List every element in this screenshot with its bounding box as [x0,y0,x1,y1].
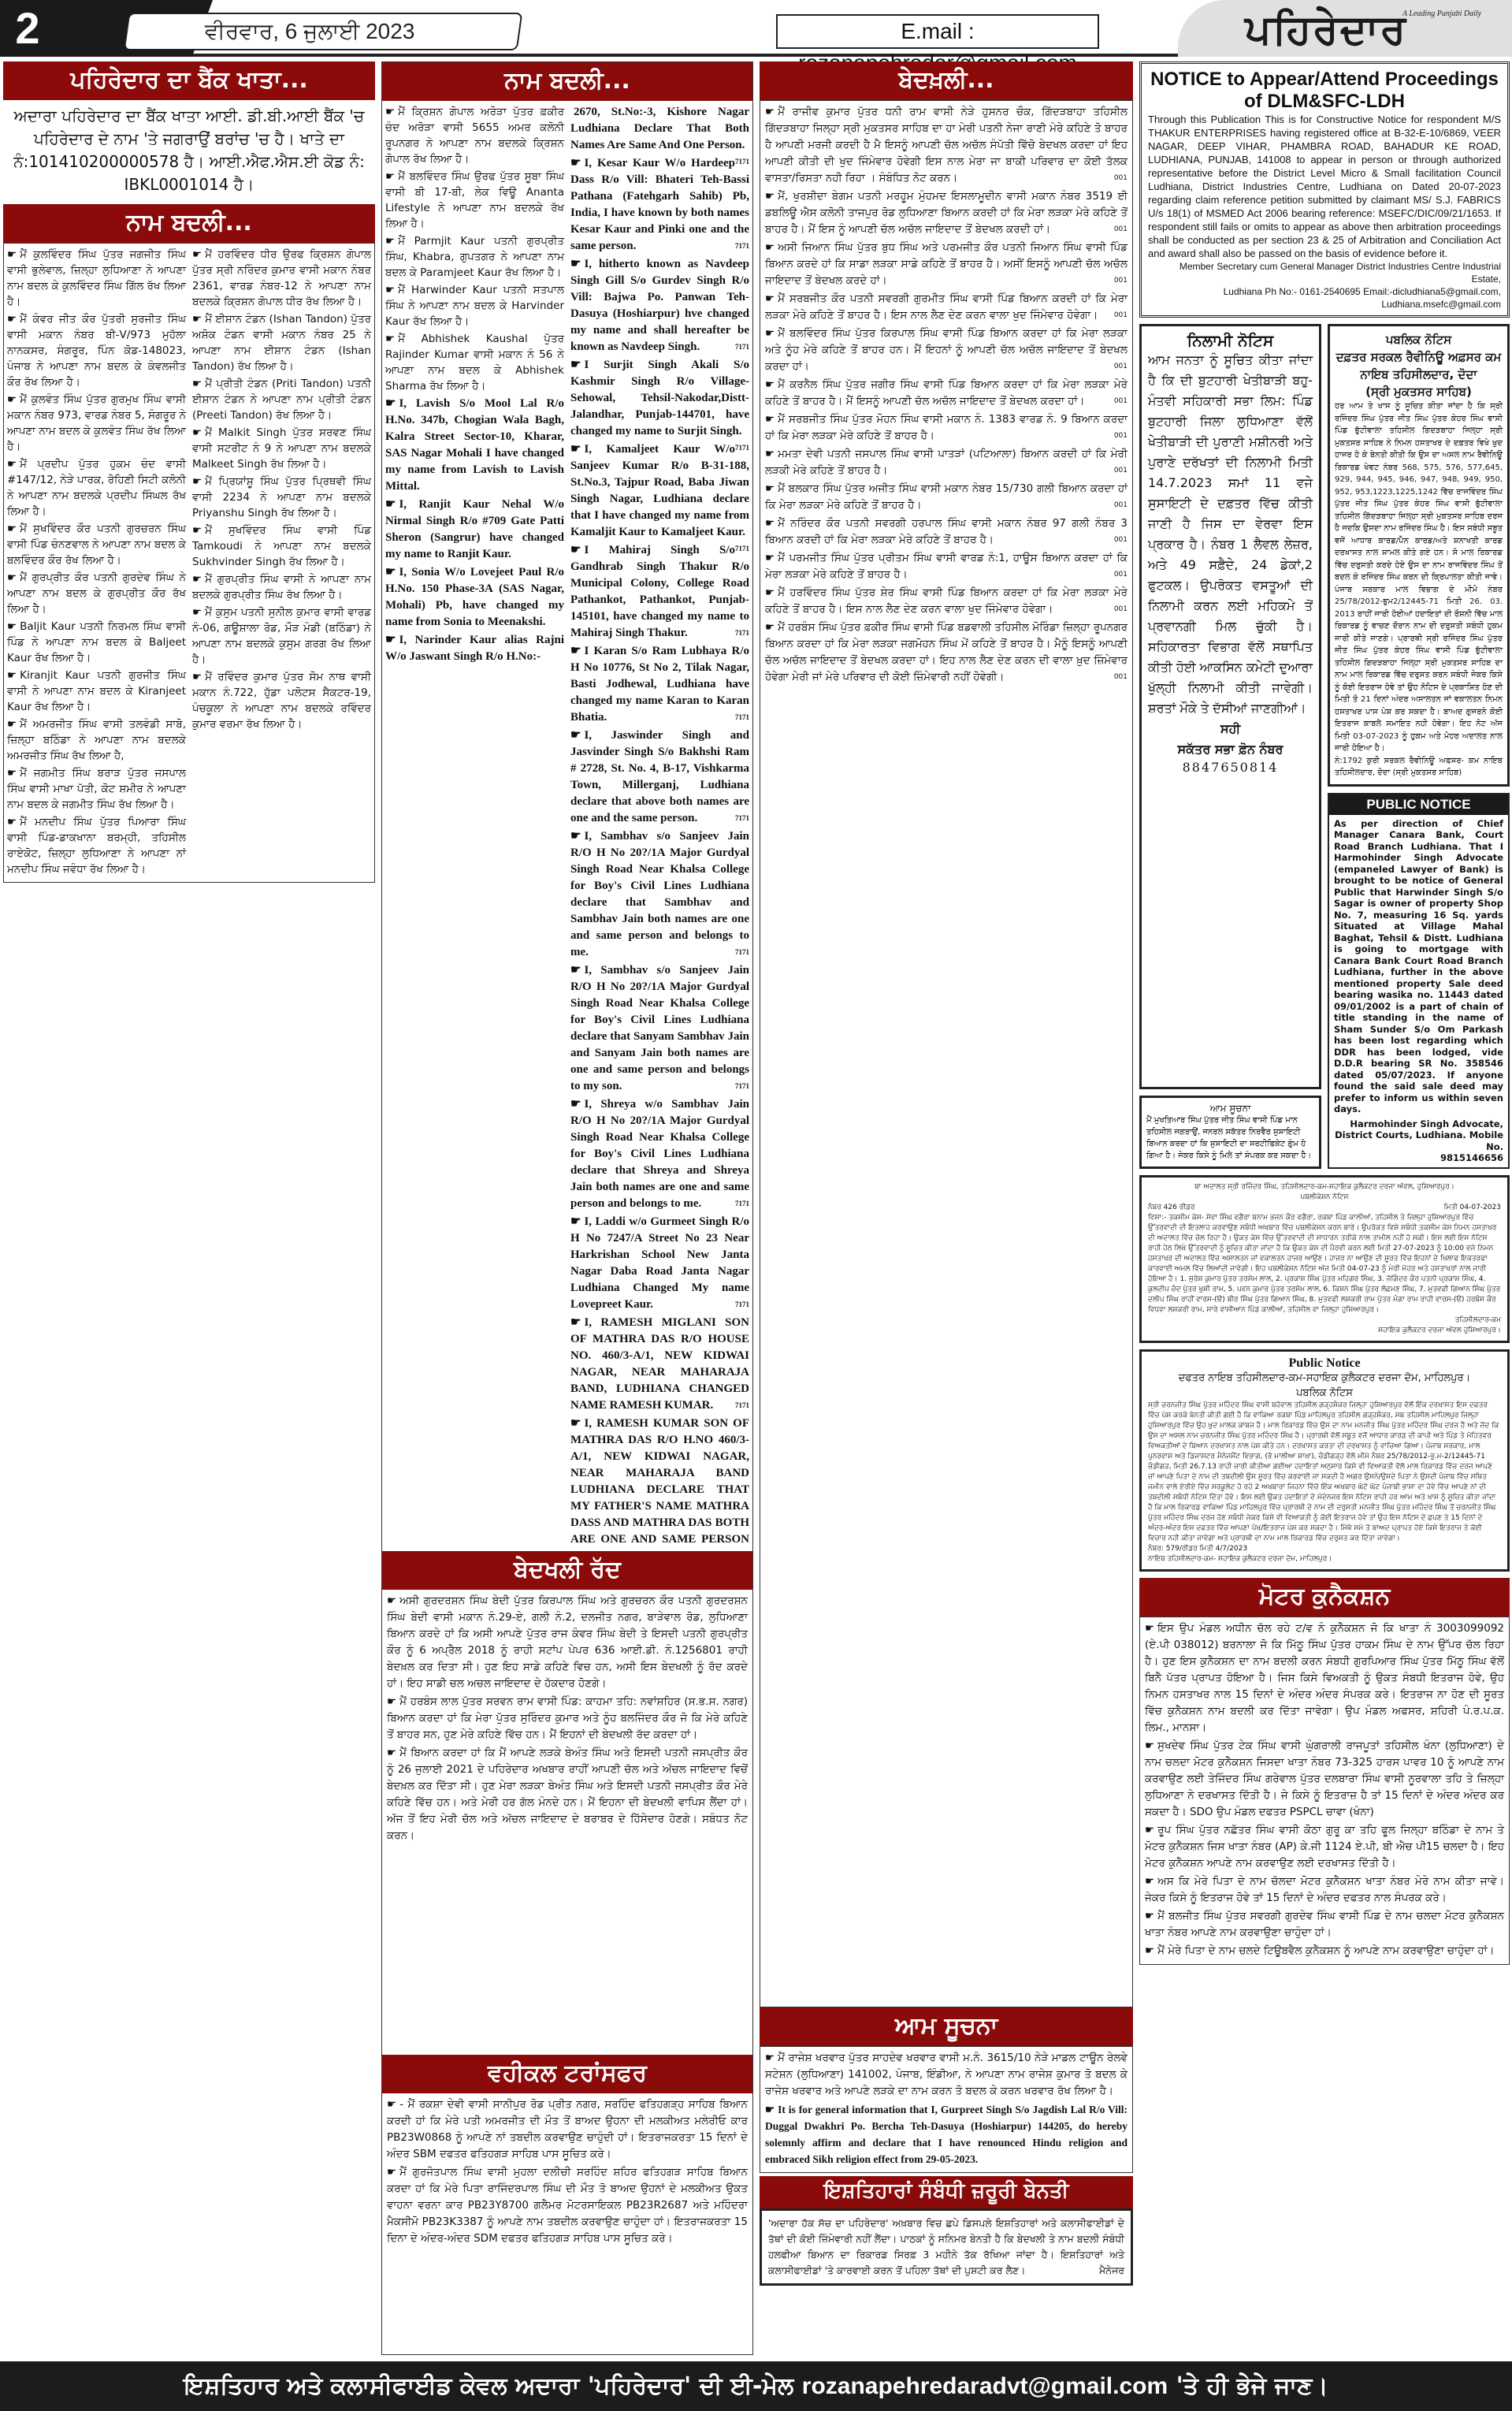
list-item: ☛ਮੈਂ ਮੇਰੇ ਪਿਤਾ ਦੇ ਨਾਮ ਚਲਦੇ ਟਿਊਬਵੈਲ ਕੁਨੈਕ… [1145,1943,1504,1959]
disinherit-cancel-heading: ਬੇਦਖਲੀ ਰੱਦ [382,1551,752,1590]
list-item-text: I, Shreya w/o Sambhav Jain R/O H No 20?/… [570,1098,749,1210]
auction-notice: ਨਿਲਾਮੀ ਨੋਟਿਸ ਆਮ ਜਨਤਾ ਨੂੰ ਸੂਚਿਤ ਕੀਤਾ ਜਾਂਦ… [1139,324,1321,1089]
list-item-text: ਮੈਂ ਬਲਵਿੰਦਰ ਸਿੰਘ ਪੁੱਤਰ ਕਿਰਪਾਲ ਸਿੰਘ ਵਾਸੀ … [765,327,1127,373]
list-item: ☛I, Sonia W/o Lovejeet Paul R/o H.No. 15… [385,564,564,631]
ad-code: 001 [1114,393,1127,410]
aam-suchna-title: ਆਮ ਸੂਚਨਾ [1146,1103,1314,1114]
ad-code: 001 [1114,497,1127,514]
list-item: ☛ਰੂਪ ਸਿੰਘ ਪੁੱਤਰ ਨਛੱਤਰ ਸਿੰਘ ਵਾਸੀ ਕੋਠਾ ਗੁਰ… [1145,1822,1504,1872]
auction-sign: ਸਹੀ [1148,719,1313,739]
pointing-hand-icon: ☛ [385,235,395,247]
list-item: ☛ਮੈਂ ਰਾਜੀਵ ਕੁਮਾਰ ਪੁੱਤਰ ਧਨੀ ਰਾਮ ਵਾਸੀ ਨੇੜੇ… [765,104,1127,187]
pointing-hand-icon: ☛ [192,248,202,261]
list-item-text: I, Sonia W/o Lovejeet Paul R/o H.No. 150… [385,566,564,628]
mahilpur-notice-office: ਦਫਤਰ ਨਾਇਬ ਤਹਿਸੀਲਦਾਰ-ਕਮ-ਸਹਾਇਕ ਕੁਲੈਕਟਰ ਦਰਜ… [1148,1371,1501,1386]
pointing-hand-icon: ☛ [1145,1739,1154,1752]
list-item: ☛ਮੈਂ ਨਰਿੰਦਰ ਕੌਰ ਪਤਨੀ ਸਵਰਗੀ ਹਰਪਾਲ ਸਿੰਘ ਵਾ… [765,515,1127,549]
list-item-text: ਮੈਂ ਗੁਰਜੋਤਪਾਲ ਸਿੰਘ ਵਾਸੀ ਮੁਹਲਾ ਦਲੀਚੀ ਸਰਹਿ… [387,2166,748,2245]
list-item: ☛ਮੈਂ ਪ੍ਰਿਯਾਂਸ਼ੂ ਸਿੰਘ ਪੁੱਤਰ ਪ੍ਰਿਥਵੀ ਸਿੰਘ … [192,474,371,521]
list-item-text: ਮੈਂ ਈਸ਼ਾਨ ਟੰਡਨ (Ishan Tandon) ਪੁੱਤਰ ਅਸ਼ੋ… [192,313,371,373]
disinherit-cancel-list: ☛ਅਸੀ ਗੁਰਦਰਸ਼ਨ ਸਿੰਘ ਬੇਦੀ ਪੁੱਤਰ ਕਿਰਪਾਲ ਸਿੰ… [382,1590,752,2055]
name-change-heading: ਨਾਮ ਬਦਲੀ... [3,204,375,243]
list-item-text: ਮੈਂ ਅਮਰਜੀਤ ਸਿੰਘ ਵਾਸੀ ਤਲਵੰਡੀ ਸਾਬੋ, ਜ਼ਿਲ੍ਹ… [7,718,186,762]
pointing-hand-icon: ☛ [765,241,775,254]
pointing-hand-icon: ☛ [385,333,395,345]
list-item: ☛ਮੈਂ ਰਵਿੰਦਰ ਕੁਮਾਰ ਪੁੱਤਰ ਸੋਮ ਨਾਥ ਵਾਸੀ ਮਕਾ… [192,669,371,732]
pointing-hand-icon: ☛ [387,1594,396,1607]
list-item: ☛ਮੈਂ ਈਸ਼ਾਨ ਟੰਡਨ (Ishan Tandon) ਪੁੱਤਰ ਅਸ਼… [192,311,371,374]
list-item-text: I, Kesar Kaur W/o Hardeep Dass R/o Vill:… [570,157,749,252]
list-item-text: ਮੈਂ ਗੁਰਪ੍ਰੀਤ ਕੌਰ ਪਤਨੀ ਗੁਰਦੇਵ ਸਿੰਘ ਨੇ ਆਪਣ… [7,571,186,616]
canara-sign-1: Harmohinder Singh Advocate, [1350,1118,1503,1129]
list-item-text: ਮੈਂ, ਖੁਰਸ਼ੀਦਾ ਬੇਗਮ ਪਤਨੀ ਮਰਹੂਮ ਮੁੰਹਮਦ ਇਸਲ… [765,190,1127,236]
list-item-text: ਮੈਂ ਹਰਬੰਸ ਸਿੰਘ ਪੁੱਤਰ ਫ਼ਕੀਰ ਸਿੰਘ ਵਾਸੀ ਪਿੰ… [765,621,1127,683]
list-item-text: ਮੈਂ Malkit Singh ਪੁੱਤਰ ਸਰਵਣ ਸਿੰਘ ਵਾਸੀ ਸਟ… [192,426,371,471]
list-item-text: ਮੈਂ ਰਾਜੀਵ ਕੁਮਾਰ ਪੁੱਤਰ ਧਨੀ ਰਾਮ ਵਾਸੀ ਨੇੜੇ … [765,106,1127,184]
list-item: ☛ਮੈਂ ਕੰਵਰ ਜੀਤ ਕੌਰ ਪੁੱਤਰੀ ਸੁਰਜੀਤ ਸਿੰਘ ਵਾਸ… [7,311,186,390]
list-item-text: ਮੈਂ ਮੇਰੇ ਪਿਤਾ ਦੇ ਨਾਮ ਚਲਦੇ ਟਿਊਬਵੈਲ ਕੁਨੈਕਸ… [1157,1944,1495,1957]
list-item-text: ਮੈਂ ਸਰਬਜੀਤ ਕੌਰ ਪਤਨੀ ਸਵਰਗੀ ਗੁਰਮੀਤ ਸਿੰਘ ਵਾ… [765,292,1127,322]
list-item: ☛I Mahiraj Singh S/o Gandhrab Singh Thak… [570,542,749,642]
dlm-notice-title: NOTICE to Appear/Attend Proceedings of D… [1148,69,1501,113]
dlm-notice-sign-2: Ludhiana Ph No:- 0161-2540695 Email:-dic… [1148,285,1501,298]
list-item: ☛I, Lavish S/o Mool Lal R/o H.No. 347b, … [385,396,564,495]
list-item: ☛ਮੈਂ ਹਰਬੰਸ ਲਾਲ ਪੁੱਤਰ ਸਰਵਨ ਰਾਮ ਵਾਸੀ ਪਿੰਡ:… [387,1694,748,1743]
ad-code: 001 [1114,428,1127,445]
list-item-text: ਮੈਂ ਕੁਲਵੰਤ ਸਿੰਘ ਪੁੱਤਰ ਗੁਰਮੁਖ ਸਿੰਘ ਵਾਸੀ ਮ… [7,393,186,453]
footer-text-before: ਇਸ਼ਤਿਹਾਰ ਅਤੇ ਕਲਾਸੀਫਾਈਡ ਕੇਵਲ ਅਦਾਰਾ 'ਪਹਿਰੇ… [184,2372,793,2400]
list-item: ☛I Surjit Singh Akali S/o Kashmir Singh … [570,357,749,440]
mahilpur-notice-body: ਸ੍ਰੀ ਚਰਨਜੀਤ ਸਿੰਘ ਪੁੱਤਰ ਮਹਿੰਦਰ ਸਿੰਘ ਵਾਸੀ … [1148,1401,1501,1544]
pointing-hand-icon: ☛ [570,1098,581,1111]
list-item-text: ਮੈਂ ਮਨਦੀਪ ਸਿੰਘ ਪੁੱਤਰ ਪਿਆਰਾ ਸਿੰਘ ਵਾਸੀ ਪਿੰ… [7,816,186,876]
list-item-text: ਮੈਂ ਹਰਬੰਸ ਲਾਲ ਪੁੱਤਰ ਸਰਵਨ ਰਾਮ ਵਾਸੀ ਪਿੰਡ: … [387,1695,748,1741]
newspaper-logo: ਪਹਿਰੇਦਾਰ [1245,6,1407,54]
pointing-hand-icon: ☛ [570,964,581,977]
ad-appeal-sign: ਮੈਨੇਜਰ [1099,2263,1124,2279]
column-2: ਨਾਮ ਬਦਲੀ... ☛ਮੈਂ ਕ੍ਰਿਸ਼ਨ ਗੋਪਾਲ ਅਰੋੜਾ ਪੁੱ… [381,61,753,2355]
column-4: NOTICE to Appear/Attend Proceedings of D… [1139,61,1510,2355]
pointing-hand-icon: ☛ [765,517,775,530]
list-item-text: I Karan S/o Ram Lubhaya R/o H No 10776, … [570,645,749,724]
list-item-text: ਸੁਖਦੇਵ ਸਿੰਘ ਪੁੱਤਰ ਟੇਕ ਸਿੰਘ ਵਾਸੀ ਘੁੰਗਰਾਲੀ… [1145,1739,1504,1818]
list-item-text: I, hitherto known as Navdeep Singh Gill … [570,258,749,353]
pointing-hand-icon: ☛ [192,671,202,683]
motor-connection-heading: ਮੋਟਰ ਕੁਨੈਕਸ਼ਨ [1139,1578,1510,1617]
pointing-hand-icon: ☛ [7,767,17,779]
list-item: ☛I, Narinder Kaur alias Rajni W/o Jaswan… [385,632,564,665]
list-item: ☛ਮੈਂ ਬਿਆਨ ਕਰਦਾ ਹਾਂ ਕਿ ਮੈਂ ਆਪਣੇ ਲੜਕੇ ਬੇਅੰ… [387,1745,748,1844]
motor-connection-list: ☛ਇਸ ਉਪ ਮੰਡਲ ਅਧੀਨ ਚੱਲ ਰਹੇ ਟ/ਵ ਨੰ ਕੁਨੈਕਸ਼ਨ… [1139,1617,1510,1965]
pointing-hand-icon: ☛ [765,327,775,340]
list-item-text: ਮੈਂ ਕੁਸੁਮ ਪਤਨੀ ਸੁਨੀਲ ਕੁਮਾਰ ਵਾਸੀ ਵਾਰਡ ਨੰ-… [192,606,371,666]
list-item: ☛ਮੈਂ Abhishek Kaushal ਪੁੱਤਰ Rajinder Kum… [385,331,564,394]
list-item: ☛ਮੈਂ ਹਰਬੰਸ ਸਿੰਘ ਪੁੱਤਰ ਫ਼ਕੀਰ ਸਿੰਘ ਵਾਸੀ ਪਿ… [765,619,1127,686]
list-item-text: ਮੈਂ ਪਰਮਜੀਤ ਸਿੰਘ ਪੁੱਤਰ ਪ੍ਰੀਤਮ ਸਿੰਘ ਵਾਸੀ ਵ… [765,552,1127,581]
pointing-hand-icon: ☛ [570,443,581,456]
pointing-hand-icon: ☛ [385,170,395,183]
mahilpur-public-notice: Public Notice ਦਫਤਰ ਨਾਇਬ ਤਹਿਸੀਲਦਾਰ-ਕਮ-ਸਹਾ… [1139,1349,1510,1572]
list-item: ☛ਅਸੀ ਜਿਆਨ ਸਿੰਘ ਪੁੱਤਰ ਬੁਧ ਸਿੰਘ ਅਤੇ ਪਰਮਜੀਤ… [765,240,1127,289]
court-publication-notice: ਬਾ ਅਦਾਲਤ ਸ੍ਰੀ ਰਜਿੰਦਰ ਸਿੰਘ, ਤਹਿਸੀਲਦਾਰ-ਕਮ-… [1139,1175,1510,1343]
list-item: ☛ਮੈਂ ਰਾਜੇਸ਼ ਖਰਵਾਰ ਪੁੱਤਰ ਸਾਹਦੇਵ ਖਰਵਾਰ ਵਾਸ… [765,2050,1127,2100]
ad-code: 7171 [735,440,749,456]
ad-code: 001 [1114,532,1127,549]
canara-notice-sign: Harmohinder Singh Advocate, District Cou… [1329,1118,1508,1167]
column-1: ਪਹਿਰੇਦਾਰ ਦਾ ਬੈਂਕ ਖਾਤਾ... ਅਦਾਰਾ ਪਹਿਰੇਦਾਰ … [3,61,375,2355]
doda-notice-title: ਪਬਲਿਕ ਨੋਟਿਸ [1335,331,1503,348]
list-item-text: ਮੈਂ Abhishek Kaushal ਪੁੱਤਰ Rajinder Kuma… [385,333,564,393]
mahilpur-notice-number: ਨੰਬਰ: 579/ਰੀਡਰ ਮਿਤੀ 4/7/2023 [1148,1544,1501,1554]
list-item: ☛ਮੈਂ ਅਮਰਜੀਤ ਸਿੰਘ ਵਾਸੀ ਤਲਵੰਡੀ ਸਾਬੋ, ਜ਼ਿਲ੍… [7,716,186,764]
masthead-email[interactable]: E.mail : rozanapehredar@gmail.com [776,14,1099,49]
ad-code: 7171 [735,625,749,642]
doda-public-notice: ਪਬਲਿਕ ਨੋਟਿਸ ਦਫ਼ਤਰ ਸਰਕਲ ਰੈਵੀਨਿਊ ਅਫ਼ਸਰ ਕਮ … [1328,324,1510,787]
dlm-notice-body: Through this Publication This is for Con… [1148,113,1501,260]
list-item-text: ਮੈਂ ਪ੍ਰਦੀਪ ਪੁੱਤਰ ਹੁਕਮ ਚੰਦ ਵਾਸੀ #147/12, … [7,458,186,518]
mahilpur-notice-title-pa: ਪਬਲਿਕ ਨੋਟਿਸ [1148,1386,1501,1401]
ad-code: 001 [1114,307,1127,324]
ad-code: 001 [1114,273,1127,289]
court-notice-sign-1: ਤਹਿਸੀਲਦਾਰ-ਕਮ [1148,1315,1501,1326]
list-item: ☛ਮੈਂ ਗੁਰਪ੍ਰੀਤ ਸਿੰਘ ਵਾਸੀ ਨੇ ਆਪਣਾ ਨਾਮ ਬਦਲਕ… [192,571,371,603]
doda-notice-district: (ਸ੍ਰੀ ਮੁਕਤਸਰ ਸਾਹਿਬ) [1335,383,1503,400]
list-item: ☛I, hitherto known as Navdeep Singh Gill… [570,256,749,355]
pointing-hand-icon: ☛ [765,378,775,391]
mahilpur-notice-sign: ਨਾਇਬ ਤਹਿਸੀਲਦਾਰ-ਕਮ- ਸਹਾਇਕ ਕੁਲੈਕਟਰ ਦਰਜਾ ਦੋ… [1148,1554,1501,1565]
left-notice-stack: ਨਿਲਾਮੀ ਨੋਟਿਸ ਆਮ ਜਨਤਾ ਨੂੰ ਸੂਚਿਤ ਕੀਤਾ ਜਾਂਦ… [1139,324,1321,1169]
ad-code: 7171 [735,1397,749,1414]
name-change-listing-2: ☛ਮੈਂ ਕ੍ਰਿਸ਼ਨ ਗੋਪਾਲ ਅਰੋੜਾ ਪੁੱਤਰ ਫ਼ਕੀਰ ਚੰਦ… [382,101,752,1551]
list-item-text: ਮੈਂ ਸੁਖਵਿੰਦਰ ਸਿੰਘ ਵਾਸੀ ਪਿੰਡ Tamkoudi ਨੇ … [192,524,371,568]
list-item: ☛ਇਸ ਉਪ ਮੰਡਲ ਅਧੀਨ ਚੱਲ ਰਹੇ ਟ/ਵ ਨੰ ਕੁਨੈਕਸ਼ਨ… [1145,1620,1504,1736]
pointing-hand-icon: ☛ [385,566,396,579]
canara-notice-body: As per direction of Chief Manager Canara… [1329,815,1508,1118]
doda-notice-office: ਦਫ਼ਤਰ ਸਰਕਲ ਰੈਵੀਨਿਊ ਅਫ਼ਸਰ ਕਮ ਨਾਇਬ ਤਹਿਸੀਲਦ… [1335,348,1503,383]
pointing-hand-icon: ☛ [7,393,17,406]
pointing-hand-icon: ☛ [765,106,775,118]
name-change-listing: ☛ਮੈਂ ਕੁਲਵਿੰਦਰ ਸਿੰਘ ਪੁੱਤਰ ਜਗਜੀਤ ਸਿੰਘ ਵਾਸੀ… [3,243,375,883]
court-notice-number: ਨੰਬਰ 426 ਰੀਡਰ [1148,1203,1194,1213]
footer-email[interactable]: rozanapehredaradvt@gmail.com [802,2373,1168,2399]
pointing-hand-icon: ☛ [1145,1910,1154,1922]
newspaper-tagline: A Leading Punjabi Daily [1402,9,1481,18]
ad-code: 001 [1114,221,1127,238]
court-notice-meta: ਨੰਬਰ 426 ਰੀਡਰ ਮਿਤੀ 04-07-2023 [1148,1203,1501,1213]
list-item-text: ਮੈਂ ਕਰਨੈਲ ਸਿੰਘ ਪੁੱਤਰ ਜਗੀਰ ਸਿੰਘ ਵਾਸੀ ਪਿੰਡ… [765,378,1127,407]
list-item: ☛ਮੈਂ ਕੁਲਵੰਤ ਸਿੰਘ ਪੁੱਤਰ ਗੁਰਮੁਖ ਸਿੰਘ ਵਾਸੀ … [7,392,186,455]
list-item-text: I, Ranjit Kaur Nehal W/o Nirmal Singh R/… [385,498,564,560]
bank-account-heading: ਪਹਿਰੇਦਾਰ ਦਾ ਬੈਂਕ ਖਾਤਾ... [3,61,375,100]
list-item-text: ਮੈਂ ਬਿਆਨ ਕਰਦਾ ਹਾਂ ਕਿ ਮੈਂ ਆਪਣੇ ਲੜਕੇ ਬੇਅੰਤ… [387,1747,748,1842]
ad-code: 001 [1114,567,1127,583]
pointing-hand-icon: ☛ [7,620,17,633]
pointing-hand-icon: ☛ [7,313,17,326]
ad-code: 7171 [735,944,749,961]
list-item: ☛ਮੈਂ ਬਲਵਿੰਦਰ ਸਿੰਘ ਉਰਫ ਪੁੱਤਰ ਸੂਬਾ ਸਿੰਘ ਵਾ… [385,169,564,232]
pointing-hand-icon: ☛ [1145,1875,1154,1888]
list-item: ☛Kiranjit Kaur ਪਤਨੀ ਗੁਰਜੀਤ ਸਿੰਘ ਵਾਸੀ ਨੇ … [7,668,186,715]
pointing-hand-icon: ☛ [387,1695,396,1708]
court-notice-header: ਬਾ ਅਦਾਲਤ ਸ੍ਰੀ ਰਜਿੰਦਰ ਸਿੰਘ, ਤਹਿਸੀਲਦਾਰ-ਕਮ-… [1148,1182,1501,1192]
list-item: ☛ਮਮਤਾ ਦੇਵੀ ਪਤਨੀ ਜਸਪਾਲ ਸਿੰਘ ਵਾਸੀ ਪਾਤੜਾਂ (… [765,446,1127,479]
list-item: ☛ਮੈਂ ਸਰਬਜੀਤ ਸਿੰਘ ਪੁੱਤਰ ਮੋਹਨ ਸਿੰਘ ਵਾਸੀ ਮਕ… [765,411,1127,445]
bank-account-text: ਅਦਾਰਾ ਪਹਿਰੇਦਾਰ ਦਾ ਬੈਂਕ ਖਾਤਾ ਆਈ. ਡੀ.ਬੀ.ਆਈ… [3,100,375,204]
pointing-hand-icon: ☛ [765,552,775,564]
notices-row: ਨਿਲਾਮੀ ਨੋਟਿਸ ਆਮ ਜਨਤਾ ਨੂੰ ਸੂਚਿਤ ਕੀਤਾ ਜਾਂਦ… [1139,324,1510,1169]
name-change-right-column: ☛ਮੈਂ ਹਰਵਿੰਦਰ ਧੀਰ ਉਰਫ ਕ੍ਰਿਸ਼ਨ ਗੋਪਾਲ ਪੁੱਤਰ… [192,247,371,879]
list-item: ☛I, Kesar Kaur W/o Hardeep Dass R/o Vill… [570,155,749,255]
list-item-text: ਮੈਂ ਬਲਜੀਤ ਸਿੰਘ ਪੁੱਤਰ ਸਵਰਗੀ ਗੁਰਦੇਵ ਸਿੰਘ ਵ… [1145,1910,1504,1939]
pointing-hand-icon: ☛ [387,2166,396,2178]
pointing-hand-icon: ☛ [570,830,581,843]
list-item: ☛ਮੈਂ, ਖੁਰਸ਼ੀਦਾ ਬੇਗਮ ਪਤਨੀ ਮਰਹੂਮ ਮੁੰਹਮਦ ਇਸ… [765,188,1127,238]
list-item-text: ਮੈਂ ਸੁਖਵਿੰਦਰ ਕੌਰ ਪਤਨੀ ਗੁਰਚਰਨ ਸਿੰਘ ਵਾਸੀ ਪ… [7,523,186,567]
list-item-text: Kiranjit Kaur ਪਤਨੀ ਗੁਰਜੀਤ ਸਿੰਘ ਵਾਸੀ ਨੇ ਆ… [7,669,186,713]
name-change-right-column-2: 2670, St.No:-3, Kishore Nagar Ludhiana D… [570,104,749,1548]
general-info-heading: ਆਮ ਸੂਚਨਾ [760,2007,1133,2046]
pointing-hand-icon: ☛ [7,571,17,584]
list-item: ☛Baljit Kaur ਪਤਨੀ ਨਿਰਮਲ ਸਿੰਘ ਵਾਸੀ ਪਿੰਡ ਨ… [7,619,186,666]
list-item: ☛ਮੈਂ Malkit Singh ਪੁੱਤਰ ਸਰਵਣ ਸਿੰਘ ਵਾਸੀ ਸ… [192,425,371,472]
list-item: ☛I, Sambhav s/o Sanjeev Jain R/O H No 20… [570,962,749,1095]
list-item-text: ਮੈਂ ਬਲਵਿੰਦਰ ਸਿੰਘ ਉਰਫ ਪੁੱਤਰ ਸੂਬਾ ਸਿੰਘ ਵਾਸ… [385,170,564,230]
list-item: ☛ਮੈਂ ਬਲਕਾਰ ਸਿੰਘ ਪੁੱਤਰ ਅਜੀਤ ਸਿੰਘ ਵਾਸੀ ਮਕਾ… [765,481,1127,514]
ad-code: 001 [1114,170,1127,187]
column-3: ਬੇਦਖ਼ਲੀ... ☛ਮੈਂ ਰਾਜੀਵ ਕੁਮਾਰ ਪੁੱਤਰ ਧਨੀ ਰਾ… [760,61,1133,2355]
pointing-hand-icon: ☛ [192,426,202,439]
right-notice-stack: ਪਬਲਿਕ ਨੋਟਿਸ ਦਫ਼ਤਰ ਸਰਕਲ ਰੈਵੀਨਿਊ ਅਫ਼ਸਰ ਕਮ … [1328,324,1510,1169]
canara-notice-title: PUBLIC NOTICE [1329,794,1508,815]
list-item-text: ਮਮਤਾ ਦੇਵੀ ਪਤਨੀ ਜਸਪਾਲ ਸਿੰਘ ਵਾਸੀ ਪਾਤੜਾਂ (ਪ… [765,448,1127,477]
list-item: ☛ਮੈਂ ਹਰਵਿੰਦਰ ਸਿੰਘ ਪੁੱਤਰ ਸ਼ੇਰ ਸਿੰਘ ਵਾਸੀ ਪ… [765,585,1127,618]
list-item-text: ਮੈਂ ਸਰਬਜੀਤ ਸਿੰਘ ਪੁੱਤਰ ਮੋਹਨ ਸਿੰਘ ਵਾਸੀ ਮਕਾ… [765,413,1127,442]
pointing-hand-icon: ☛ [385,397,396,410]
pointing-hand-icon: ☛ [385,498,396,511]
ad-code: 001 [1114,669,1127,686]
pointing-hand-icon: ☛ [192,313,202,326]
list-item: ☛ਮੈਂ ਬਲਜੀਤ ਸਿੰਘ ਪੁੱਤਰ ਸਵਰਗੀ ਗੁਰਦੇਵ ਸਿੰਘ … [1145,1908,1504,1941]
pointing-hand-icon: ☛ [765,292,775,305]
issue-date: ਵੀਰਵਾਰ, 6 ਜੁਲਾਈ 2023 [205,19,414,45]
list-item: ☛ਮੈਂ ਬਲਵਿੰਦਰ ਸਿੰਘ ਪੁੱਤਰ ਕਿਰਪਾਲ ਸਿੰਘ ਵਾਸੀ… [765,326,1127,375]
list-item: ☛ਮੈਂ Harwinder Kaur ਪਤਨੀ ਸਤਪਾਲ ਸਿੰਘ ਨੇ ਆ… [385,282,564,329]
masthead: 2 ਵੀਰਵਾਰ, 6 ਜੁਲਾਈ 2023 E.mail : rozanape… [0,0,1512,57]
auction-title: ਨਿਲਾਮੀ ਨੋਟਿਸ [1148,331,1313,350]
list-item-text: I, RAMESH MIGLANI SON OF MATHRA DAS R/O … [570,1316,749,1412]
pointing-hand-icon: ☛ [765,448,775,460]
list-item: ☛ਮੈਂ ਕੁਸੁਮ ਪਤਨੀ ਸੁਨੀਲ ਕੁਮਾਰ ਵਾਸੀ ਵਾਰਡ ਨੰ… [192,605,371,668]
pointing-hand-icon: ☛ [765,413,775,426]
pointing-hand-icon: ☛ [1145,1824,1154,1836]
list-item-text: ਮੈਂ ਗੁਰਪ੍ਰੀਤ ਸਿੰਘ ਵਾਸੀ ਨੇ ਆਪਣਾ ਨਾਮ ਬਦਲਕੇ… [192,573,371,601]
pointing-hand-icon: ☛ [765,2104,775,2115]
list-item: ☛ਮੈਂ ਮਨਦੀਪ ਸਿੰਘ ਪੁੱਤਰ ਪਿਆਰਾ ਸਿੰਘ ਵਾਸੀ ਪਿ… [7,814,186,877]
general-info-list: ☛ਮੈਂ ਰਾਜੇਸ਼ ਖਰਵਾਰ ਪੁੱਤਰ ਸਾਹਦੇਵ ਖਰਵਾਰ ਵਾਸ… [760,2046,1133,2173]
list-item-text: ਮੈਂ ਨਰਿੰਦਰ ਕੌਰ ਪਤਨੀ ਸਵਰਗੀ ਹਰਪਾਲ ਸਿੰਘ ਵਾਸ… [765,517,1127,546]
list-item-text: I, Narinder Kaur alias Rajni W/o Jaswant… [385,634,564,663]
pointing-hand-icon: ☛ [385,284,395,296]
aam-suchna-box: ਆਮ ਸੂਚਨਾ ਮੈਂ ਮੁਖਤਿਆਰ ਸਿੰਘ ਪੁੱਤਰ ਜੀਤ ਸਿੰਘ… [1139,1096,1321,1169]
list-item-text: ਅਸੀ ਜਿਆਨ ਸਿੰਘ ਪੁੱਤਰ ਬੁਧ ਸਿੰਘ ਅਤੇ ਪਰਮਜੀਤ … [765,241,1127,287]
name-change-heading-2: ਨਾਮ ਬਦਲੀ... [382,62,752,101]
list-item: ☛ਮੈਂ ਪ੍ਰੀਤੀ ਟੰਡਨ (Priti Tandon) ਪਤਨੀ ਈਸ਼… [192,376,371,423]
auction-sign-2: ਸਕੱਤਰ ਸਭਾ ਫ਼ੋਨ ਨੰਬਰ [1148,739,1313,760]
pointing-hand-icon: ☛ [7,523,17,535]
list-item: ☛ਮੈਂ ਗੁਰਜੋਤਪਾਲ ਸਿੰਘ ਵਾਸੀ ਮੁਹਲਾ ਦਲੀਚੀ ਸਰਹ… [387,2164,748,2247]
list-item: ☛I, Laddi w/o Gurmeet Singh R/o H No 724… [570,1214,749,1313]
pointing-hand-icon: ☛ [765,586,775,599]
ad-code: 7171 [735,154,749,170]
list-item-text: ਮੈਂ Parmjit Kaur ਪਤਨੀ ਗੁਰਪ੍ਰੀਤ ਸਿੰਘ, Kha… [385,235,564,279]
ad-code: 7171 [735,810,749,827]
list-item: ☛I, Ranjit Kaur Nehal W/o Nirmal Singh R… [385,497,564,563]
list-item: ☛- ਮੈਂ ਰਕਸ਼ਾ ਦੇਵੀ ਵਾਸੀ ਸਾਨੀਪੁਰ ਰੋਡ ਪ੍ਰੀਤ… [387,2097,748,2163]
pointing-hand-icon: ☛ [7,248,17,261]
ad-code: 7171 [735,1297,749,1313]
ad-code: 001 [1114,601,1127,618]
vehicle-transfer-list: ☛- ਮੈਂ ਰਕਸ਼ਾ ਦੇਵੀ ਵਾਸੀ ਸਾਨੀਪੁਰ ਰੋਡ ਪ੍ਰੀਤ… [382,2093,752,2252]
list-item-text: It is for general information that I, Gu… [765,2104,1127,2165]
list-item: ☛ਮੈਂ Parmjit Kaur ਪਤਨੀ ਗੁਰਪ੍ਰੀਤ ਸਿੰਘ, Kh… [385,233,564,281]
name-change-left-column: ☛ਮੈਂ ਕੁਲਵਿੰਦਰ ਸਿੰਘ ਪੁੱਤਰ ਜਗਜੀਤ ਸਿੰਘ ਵਾਸੀ… [7,247,186,879]
list-item-text: I Mahiraj Singh S/o Gandhrab Singh Thaku… [570,544,749,639]
footer-banner: ਇਸ਼ਤਿਹਾਰ ਅਤੇ ਕਲਾਸੀਫਾਈਡ ਕੇਵਲ ਅਦਾਰਾ 'ਪਹਿਰੇ… [0,2361,1512,2411]
list-item: ☛ਸੁਖਦੇਵ ਸਿੰਘ ਪੁੱਤਰ ਟੇਕ ਸਿੰਘ ਵਾਸੀ ਘੁੰਗਰਾਲ… [1145,1738,1504,1821]
list-item: ☛I, RAMESH MIGLANI SON OF MATHRA DAS R/O… [570,1315,749,1414]
list-item-text: I, RAMESH KUMAR SON OF MATHRA DAS R/O H.… [570,1417,749,1551]
list-item-text: ਇਸ ਉਪ ਮੰਡਲ ਅਧੀਨ ਚੱਲ ਰਹੇ ਟ/ਵ ਨੰ ਕੁਨੈਕਸ਼ਨ … [1145,1622,1504,1734]
list-item: ☛ਮੈਂ ਜਗਮੀਤ ਸਿੰਘ ਬਰਾੜ ਪੁੱਤਰ ਜਸਪਾਲ ਸਿੰਘ ਵਾ… [7,765,186,813]
ad-code: 7171 [735,1078,749,1095]
pointing-hand-icon: ☛ [570,1215,581,1228]
pointing-hand-icon: ☛ [570,729,581,742]
list-item: 2670, St.No:-3, Kishore Nagar Ludhiana D… [570,104,749,154]
auction-phone: 8847650814 [1148,760,1313,775]
pointing-hand-icon: ☛ [192,475,202,488]
list-item: ☛ਮੈਂ ਕੁਲਵਿੰਦਰ ਸਿੰਘ ਪੁੱਤਰ ਜਗਜੀਤ ਸਿੰਘ ਵਾਸੀ… [7,247,186,310]
dlm-notice: NOTICE to Appear/Attend Proceedings of D… [1139,61,1510,318]
doda-notice-body: ਹਰ ਆਮ ਤੇ ਖਾਸ ਨੂੰ ਸੂਚਿਤ ਕੀਤਾ ਜਾਂਦਾ ਹੈ ਕਿ … [1335,400,1503,755]
mahilpur-notice-title-en: Public Notice [1148,1356,1501,1371]
pointing-hand-icon: ☛ [192,606,202,619]
list-item: ☛ਮੈਂ ਸੁਖਵਿੰਦਰ ਸਿੰਘ ਵਾਸੀ ਪਿੰਡ Tamkoudi ਨੇ… [192,523,371,570]
vehicle-transfer-heading: ਵਹੀਕਲ ਟਰਾਂਸਫਰ [382,2055,752,2093]
pointing-hand-icon: ☛ [765,2052,775,2064]
list-item: ☛I, Jaswinder Singh and Jasvinder Singh … [570,727,749,827]
list-item-text: ਮੈਂ ਜਗਮੀਤ ਸਿੰਘ ਬਰਾੜ ਪੁੱਤਰ ਜਸਪਾਲ ਸਿੰਘ ਵਾਸ… [7,767,186,811]
pointing-hand-icon: ☛ [192,524,202,537]
list-item: ☛I, Kamaljeet Kaur W/o Sanjeev Kumar R/o… [570,441,749,541]
ad-code: 7171 [735,541,749,557]
list-item-text: ਮੈਂ ਪ੍ਰਿਯਾਂਸ਼ੂ ਸਿੰਘ ਪੁੱਤਰ ਪ੍ਰਿਥਵੀ ਸਿੰਘ ਵ… [192,475,371,519]
list-item-text: I, Lavish S/o Mool Lal R/o H.No. 347b, C… [385,397,564,493]
disinherit-heading: ਬੇਦਖ਼ਲੀ... [760,61,1133,100]
list-item-text: I, Sambhav s/o Sanjeev Jain R/O H No 20?… [570,964,749,1092]
pointing-hand-icon: ☛ [192,378,202,390]
dlm-notice-sign-1: Member Secretary cum General Manager Dis… [1148,260,1501,285]
list-item-text: ਮੈਂ ਹਰਵਿੰਦਰ ਧੀਰ ਉਰਫ ਕ੍ਰਿਸ਼ਨ ਗੋਪਾਲ ਪੁੱਤਰ … [192,248,371,308]
pointing-hand-icon: ☛ [570,645,581,657]
pointing-hand-icon: ☛ [192,573,202,586]
pointing-hand-icon: ☛ [570,1417,581,1430]
pointing-hand-icon: ☛ [385,106,395,118]
canara-public-notice: PUBLIC NOTICE As per direction of Chief … [1328,793,1510,1169]
pointing-hand-icon: ☛ [765,190,775,203]
list-item-text: Baljit Kaur ਪਤਨੀ ਨਿਰਮਲ ਸਿੰਘ ਵਾਸੀ ਪਿੰਡ ਨੇ… [7,620,186,664]
list-item: ☛ਮੈਂ ਪਰਮਜੀਤ ਸਿੰਘ ਪੁੱਤਰ ਪ੍ਰੀਤਮ ਸਿੰਘ ਵਾਸੀ … [765,550,1127,583]
list-item-text: ਅਸੀ ਗੁਰਦਰਸ਼ਨ ਸਿੰਘ ਬੇਦੀ ਪੁੱਤਰ ਕਿਰਪਾਲ ਸਿੰਘ… [387,1594,748,1690]
list-item: ☛I, RAMESH KUMAR SON OF MATHRA DAS R/O H… [570,1416,749,1551]
list-item-text: ਮੈਂ ਕੁਲਵਿੰਦਰ ਸਿੰਘ ਪੁੱਤਰ ਜਗਜੀਤ ਸਿੰਘ ਵਾਸੀ … [7,248,186,308]
disinherit-list: ☛ਮੈਂ ਰਾਜੀਵ ਕੁਮਾਰ ਪੁੱਤਰ ਧਨੀ ਰਾਮ ਵਾਸੀ ਨੇੜੇ… [760,100,1133,2007]
list-item: ☛ਮੈਂ ਕ੍ਰਿਸ਼ਨ ਗੋਪਾਲ ਅਰੋੜਾ ਪੁੱਤਰ ਫ਼ਕੀਰ ਚੰਦ… [385,104,564,167]
ad-appeal-heading: ਇਸ਼ਤਿਹਾਰਾਂ ਸੰਬੰਧੀ ਜ਼ਰੂਰੀ ਬੇਨਤੀ [760,2176,1133,2208]
aam-suchna-body: ਮੈਂ ਮੁਖਤਿਆਰ ਸਿੰਘ ਪੁੱਤਰ ਜੀਤ ਸਿੰਘ ਵਾਸੀ ਪਿੰ… [1146,1114,1314,1162]
name-change-left-column-2: ☛ਮੈਂ ਕ੍ਰਿਸ਼ਨ ਗੋਪਾਲ ਅਰੋੜਾ ਪੁੱਤਰ ਫ਼ਕੀਰ ਚੰਦ… [385,104,564,1548]
list-item-text: ਮੈਂ ਰਾਜੇਸ਼ ਖਰਵਾਰ ਪੁੱਤਰ ਸਾਹਦੇਵ ਖਰਵਾਰ ਵਾਸੀ… [765,2052,1127,2097]
pointing-hand-icon: ☛ [570,157,581,169]
pointing-hand-icon: ☛ [1145,1622,1154,1635]
ad-code: 7171 [735,709,749,726]
canara-sign-3: 9815146656 [1440,1152,1503,1163]
list-item: ☛ਅਸੀ ਗੁਰਦਰਸ਼ਨ ਸਿੰਘ ਬੇਦੀ ਪੁੱਤਰ ਕਿਰਪਾਲ ਸਿੰ… [387,1593,748,1692]
list-item-text: I, Kamaljeet Kaur W/o Sanjeev Kumar R/o … [570,443,749,538]
list-item: ☛I Karan S/o Ram Lubhaya R/o H No 10776,… [570,643,749,726]
list-item: ☛ਮੈਂ ਗੁਰਪ੍ਰੀਤ ਕੌਰ ਪਤਨੀ ਗੁਰਦੇਵ ਸਿੰਘ ਨੇ ਆਪ… [7,570,186,617]
ad-appeal-box: 'ਅਦਾਰਾ ਹੱਕ ਸੱਚ ਦਾ ਪਹਿਰੇਦਾਰ' ਅਖ਼ਬਾਰ ਵਿਚ ਛ… [760,2208,1133,2286]
ad-code: 7171 [735,339,749,355]
pointing-hand-icon: ☛ [387,1747,396,1759]
list-item-text: I, Laddi w/o Gurmeet Singh R/o H No 7247… [570,1215,749,1311]
canara-sign-2: District Courts, Ludhiana. Mobile No. [1335,1129,1503,1152]
pointing-hand-icon: ☛ [765,621,775,634]
pointing-hand-icon: ☛ [1145,1944,1154,1957]
pointing-hand-icon: ☛ [570,359,581,371]
footer-text-after: 'ਤੇ ਹੀ ਭੇਜੇ ਜਾਣ। [1176,2372,1328,2400]
list-item-text: ਮੈਂ ਬਲਕਾਰ ਸਿੰਘ ਪੁੱਤਰ ਅਜੀਤ ਸਿੰਘ ਵਾਸੀ ਮਕਾਨ… [765,482,1127,512]
pointing-hand-icon: ☛ [765,482,775,495]
list-item: ☛ਮੈਂ ਹਰਵਿੰਦਰ ਧੀਰ ਉਰਫ ਕ੍ਰਿਸ਼ਨ ਗੋਪਾਲ ਪੁੱਤਰ… [192,247,371,310]
list-item: ☛ਮੈਂ ਸੁਖਵਿੰਦਰ ਕੌਰ ਪਤਨੀ ਗੁਰਚਰਨ ਸਿੰਘ ਵਾਸੀ … [7,521,186,568]
list-item: ☛ਮੈਂ ਸਰਬਜੀਤ ਕੌਰ ਪਤਨੀ ਸਵਰਗੀ ਗੁਰਮੀਤ ਸਿੰਘ ਵ… [765,291,1127,324]
court-notice-sign-2: ਸਹਾਇਕ ਕੁਲੈਕਟਰ ਦਰਜਾ ਅੱਵਲ ਹੁਸ਼ਿਆਰਪੁਰ। [1148,1326,1501,1336]
list-item-text: ਮੈਂ ਕ੍ਰਿਸ਼ਨ ਗੋਪਾਲ ਅਰੋੜਾ ਪੁੱਤਰ ਫ਼ਕੀਰ ਚੰਦ … [385,106,564,166]
list-item-text: ਮੈਂ Harwinder Kaur ਪਤਨੀ ਸਤਪਾਲ ਸਿੰਘ ਨੇ ਆਪ… [385,284,564,328]
court-notice-body: ਵਿਸ਼ਾ:- ਤਕਸੀਮ ਕੇਸ- ਸੇਵਾ ਸਿੰਘ ਵਗੈਰਾ ਬਨਾਮ … [1148,1213,1501,1315]
list-item: ☛It is for general information that I, G… [765,2101,1127,2167]
ad-appeal-text: 'ਅਦਾਰਾ ਹੱਕ ਸੱਚ ਦਾ ਪਹਿਰੇਦਾਰ' ਅਖ਼ਬਾਰ ਵਿਚ ਛ… [768,2217,1124,2276]
list-item-text: ਮੈਂ ਪ੍ਰੀਤੀ ਟੰਡਨ (Priti Tandon) ਪਤਨੀ ਈਸ਼ਾ… [192,378,371,422]
ad-code: 001 [1114,359,1127,375]
ad-code: 7171 [735,238,749,255]
pointing-hand-icon: ☛ [570,1316,581,1329]
ad-code: 7171 [735,1196,749,1212]
list-item: ☛ਮੈਂ ਪ੍ਰਦੀਪ ਪੁੱਤਰ ਹੁਕਮ ਚੰਦ ਵਾਸੀ #147/12,… [7,456,186,519]
list-item: ☛ਅਸ ਕਿ ਮੇਰੇ ਪਿਤਾ ਦੇ ਨਾਮ ਚੱਲਦਾ ਮੋਟਰ ਕੁਨੈਕ… [1145,1873,1504,1907]
pointing-hand-icon: ☛ [7,816,17,828]
page-number: 2 [0,0,55,57]
list-item: ☛ਮੈਂ ਕਰਨੈਲ ਸਿੰਘ ਪੁੱਤਰ ਜਗੀਰ ਸਿੰਘ ਵਾਸੀ ਪਿੰ… [765,377,1127,410]
list-item-text: 2670, St.No:-3, Kishore Nagar Ludhiana D… [570,106,749,151]
pointing-hand-icon: ☛ [387,2098,396,2111]
pointing-hand-icon: ☛ [385,634,396,646]
doda-notice-footer: ਨੰ:1792 ਕੁਰੀ ਸਰਕਲ ਰੈਵੀਨਿਊ ਅਫਸਰ- ਕਮ ਨਾਇਬ … [1335,755,1503,779]
list-item: ☛I, Shreya w/o Sambhav Jain R/O H No 20?… [570,1096,749,1212]
pointing-hand-icon: ☛ [7,669,17,682]
list-item-text: ਮੈਂ ਰਵਿੰਦਰ ਕੁਮਾਰ ਪੁੱਤਰ ਸੋਮ ਨਾਥ ਵਾਸੀ ਮਕਾਨ… [192,671,371,731]
list-item: ☛I, Sambhav s/o Sanjeev Jain R/O H No 20… [570,828,749,961]
